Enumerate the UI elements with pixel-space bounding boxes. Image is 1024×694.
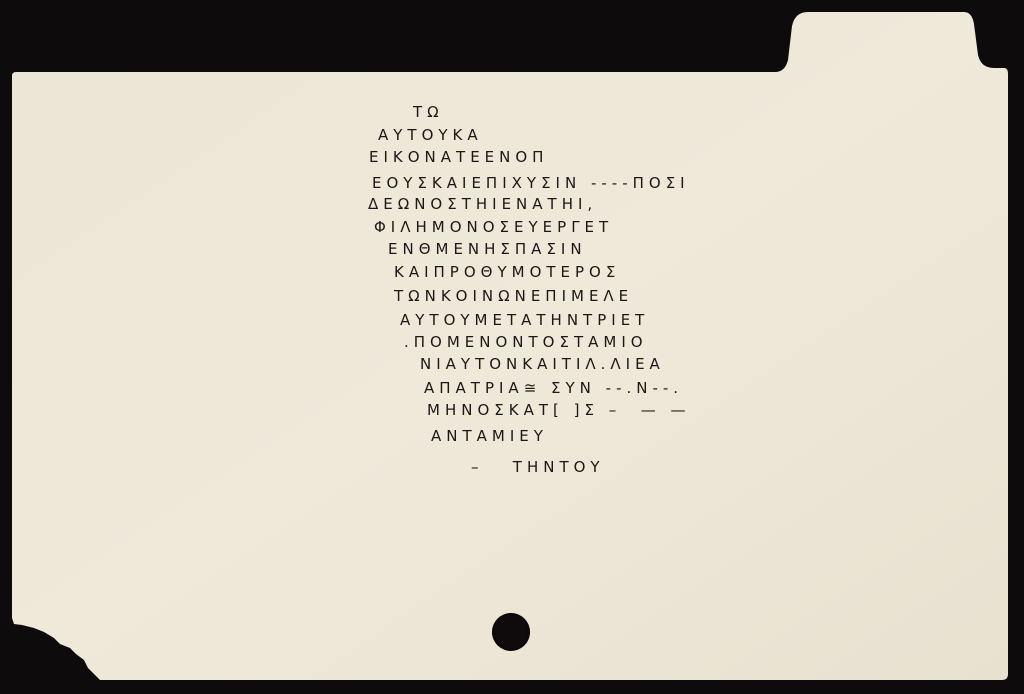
inscription-line: ΔΕΩΝΟΣΤΗΙΕΝΑΤΗΙ, [368, 195, 597, 213]
inscription-line: ΝΙΑΥΤΟΝΚΑΙΤΙΛ.ΛΙΕΑ [420, 355, 665, 373]
inscription-line: ΕΙΚΟΝΑΤΕΕΝΟΠ [369, 148, 548, 166]
inscription-line: ΜΗΝΟΣΚΑΤ[ ]Σ – — — [427, 401, 691, 419]
inscription-line: – ΤΗΝΤΟΥ [471, 458, 605, 476]
inscription-line: ΕΟΥΣΚΑΙΕΠΙΧΥΣΙΝ ----ΠΟΣΙ [372, 174, 690, 192]
inscription-line: .ΠΟΜΕΝΟΝΤΟΣΤΑΜΙΟ [404, 333, 648, 351]
inscription-line: ΚΑΙΠΡΟΘΥΜΟΤΕΡΟΣ [394, 263, 620, 281]
inscription-line: ΦΙΛΗΜΟΝΟΣΕΥΕΡΓΕΤ [374, 218, 613, 236]
punch-hole [492, 613, 530, 651]
inscription-line: ΕΝΘΜΕΝΗΣΠΑΣΙΝ [388, 240, 587, 258]
inscription-line: ΤΩ [413, 103, 444, 121]
inscription-line: ΑΥΤΟΥΚΑ [378, 126, 483, 144]
inscription-line: ΤΩΝΚΟΙΝΩΝΕΠΙΜΕΛΕ [394, 287, 633, 305]
inscription-transcription: ΤΩ ΑΥΤΟΥΚΑ ΕΙΚΟΝΑΤΕΕΝΟΠ ΕΟΥΣΚΑΙΕΠΙΧΥΣΙΝ … [0, 0, 1024, 694]
inscription-line: ΑΝΤΑΜΙΕΥ [431, 427, 548, 445]
inscription-line: ΑΠΑΤΡΙΑ≅ ΣΥΝ --.Ν--. [424, 379, 683, 397]
inscription-line: ΑΥΤΟΥΜΕΤΑΤΗΝΤΡΙΕΤ [400, 311, 649, 329]
